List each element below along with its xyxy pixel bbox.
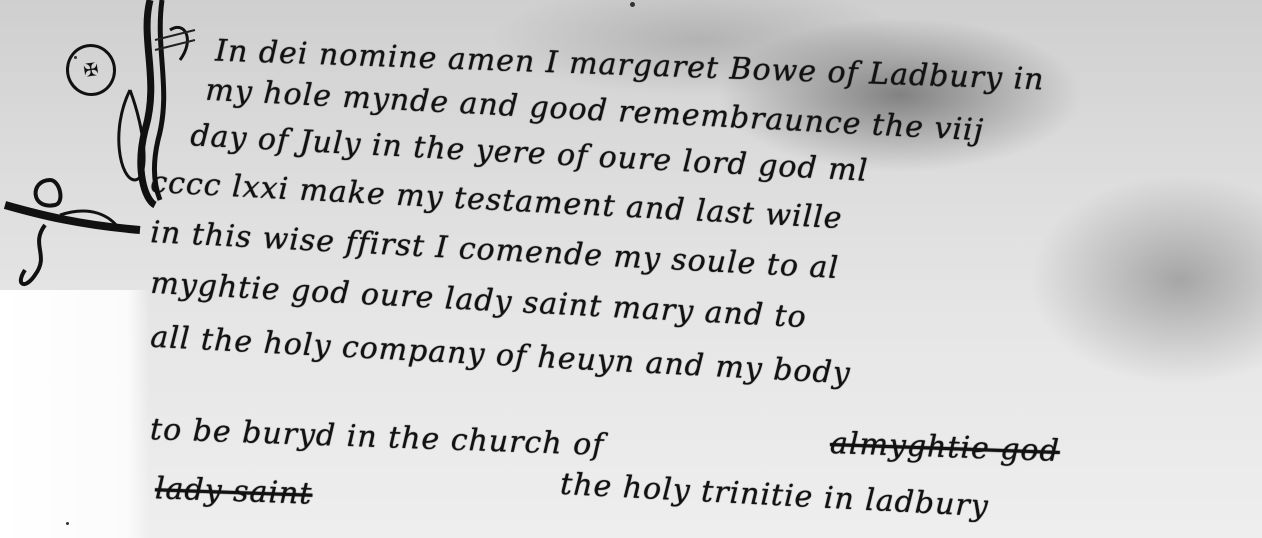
blank-margin [0, 290, 150, 538]
struck-text: lady saint [154, 471, 313, 511]
struck-text: almyghtie god [829, 426, 1060, 469]
ink-speck [66, 522, 69, 525]
manuscript-line: to be buryd in the church of [150, 412, 605, 463]
manuscript-page: ✠ In dei nomine amen I margaret Bowe of … [0, 0, 1262, 538]
manuscript-line: the holy trinitie in ladbury [559, 467, 989, 524]
marginal-flourish [0, 175, 150, 295]
ink-speck [630, 2, 635, 7]
